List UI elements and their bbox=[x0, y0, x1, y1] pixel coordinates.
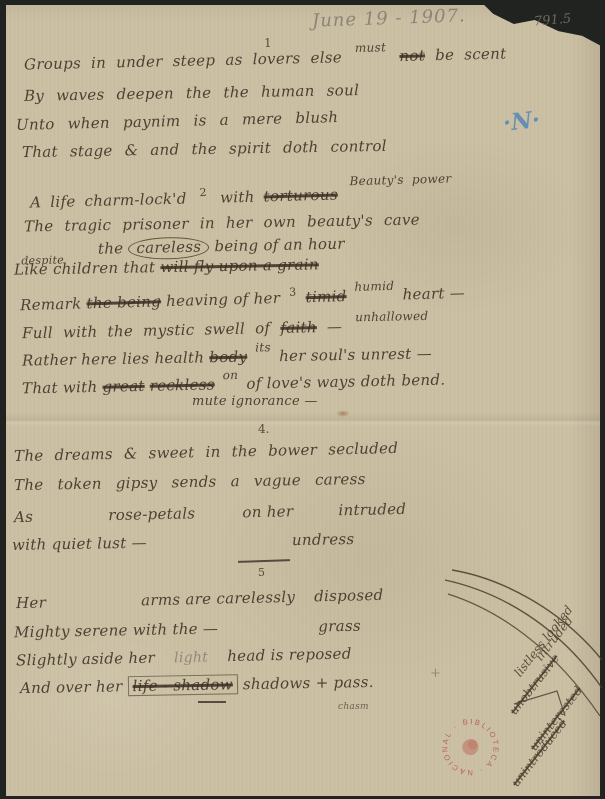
text-run: Like children that bbox=[14, 258, 156, 278]
strikethrough-text: the being bbox=[86, 292, 161, 312]
dash-stroke bbox=[198, 701, 226, 703]
text-run: Her bbox=[16, 593, 46, 612]
text-run: shadows bbox=[243, 674, 311, 693]
inserted-word: must bbox=[355, 40, 387, 55]
strikethrough-text: faith bbox=[280, 318, 317, 337]
interlinear-insertion: mute ignorance — bbox=[192, 394, 318, 409]
inserted-word: humid bbox=[354, 279, 394, 294]
stanza-number-3: 3 bbox=[289, 285, 297, 298]
text-run: on her bbox=[242, 502, 293, 521]
text-run: with bbox=[220, 188, 255, 207]
stanza-number-2: 2 bbox=[199, 186, 207, 199]
text-run: the bbox=[98, 239, 124, 258]
text-run: Rather here lies health bbox=[22, 348, 205, 369]
strikethrough-text: great bbox=[102, 377, 144, 396]
scanned-manuscript: June 19 - 1907. 791.5 ·N· 1 Groups in un… bbox=[0, 0, 605, 799]
boxed-strikethrough: life - shadow bbox=[127, 674, 238, 696]
strikethrough-text: timid bbox=[305, 287, 346, 306]
text-run: disposed bbox=[314, 586, 384, 606]
inserted-word: on bbox=[222, 368, 238, 382]
text-run: carelessly bbox=[216, 588, 295, 608]
stanza-number-5: 5 bbox=[258, 566, 265, 579]
strikethrough-text: not bbox=[399, 46, 425, 65]
text-run: As bbox=[14, 508, 34, 526]
text-run: Slightly aside her bbox=[16, 649, 155, 670]
text-run: And over her bbox=[20, 677, 123, 697]
text-run: head is reposed bbox=[227, 644, 352, 665]
catalog-number: 791.5 bbox=[533, 11, 571, 29]
text-run: with quiet lust — bbox=[12, 534, 147, 554]
text-run: grass bbox=[318, 617, 361, 636]
stanza-number-1: 1 bbox=[264, 36, 272, 50]
paper-stain bbox=[336, 410, 350, 417]
text-run: heaving of her bbox=[166, 289, 281, 310]
blue-crayon-mark: ·N· bbox=[502, 106, 542, 137]
strikethrough-text: torturous bbox=[263, 186, 338, 206]
inserted-word: unhallowed bbox=[355, 309, 429, 325]
pencil-mark: + bbox=[430, 666, 441, 681]
text-run: be scent bbox=[435, 45, 507, 65]
text-run: undress bbox=[292, 530, 355, 549]
strikethrough-text: will fly upon a grain bbox=[160, 255, 319, 276]
strikethrough-text: body bbox=[209, 348, 247, 367]
inserted-word: its bbox=[255, 340, 271, 354]
text-run: rose-petals bbox=[108, 504, 195, 524]
text-run: heart — bbox=[402, 284, 465, 304]
stanza-number-4: 4. bbox=[258, 422, 269, 436]
inserted-word: Beauty's power bbox=[349, 172, 451, 189]
text-run: + pass. bbox=[315, 673, 373, 692]
text-run: intruded bbox=[338, 500, 406, 519]
text-run: That with bbox=[22, 378, 98, 398]
small-annotation: chasm bbox=[338, 702, 369, 712]
fold-crease bbox=[6, 413, 600, 427]
pencil-insertion: light bbox=[174, 649, 208, 666]
text-run: Remark bbox=[20, 295, 82, 315]
strikethrough-text: reckless bbox=[150, 375, 215, 394]
text-run: her soul's unrest — bbox=[279, 344, 432, 365]
text-run: — bbox=[327, 318, 343, 336]
text-run: arms are bbox=[141, 590, 212, 610]
text-run: being of an hour bbox=[214, 235, 345, 256]
